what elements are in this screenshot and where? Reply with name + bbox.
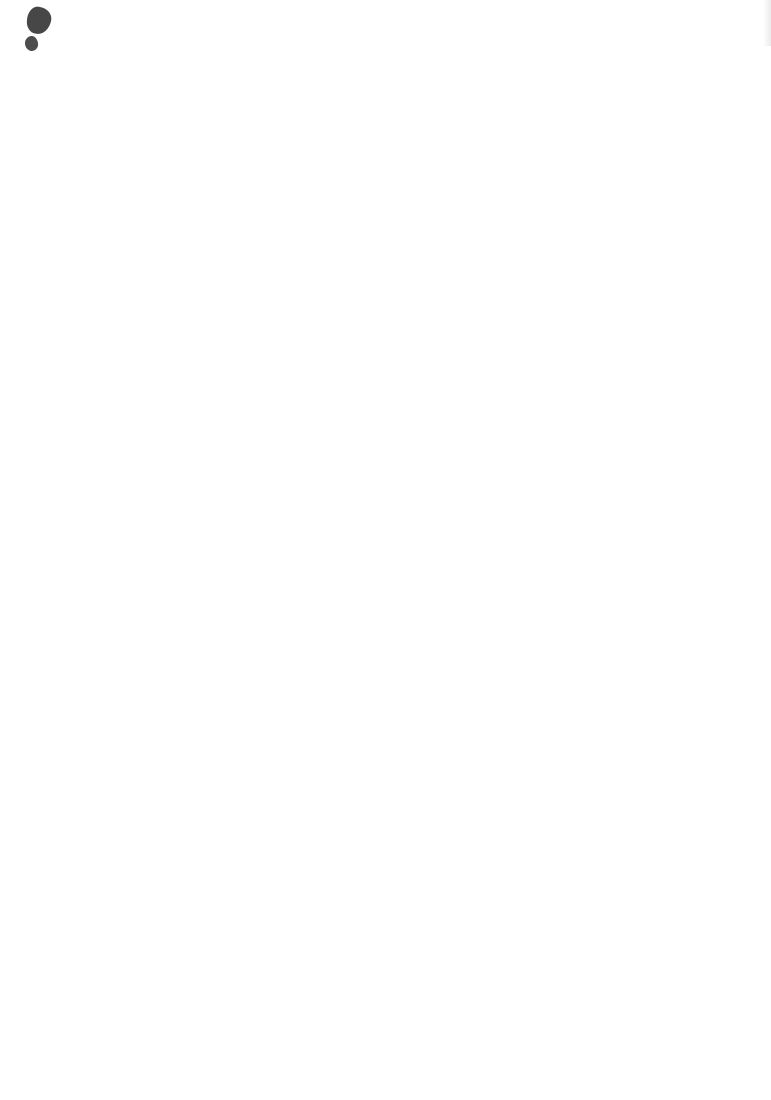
scan-edge-shadow <box>763 0 771 46</box>
scan-smudge-icon <box>24 35 38 51</box>
report-page <box>0 0 771 1100</box>
scan-smudge-icon <box>25 5 53 35</box>
